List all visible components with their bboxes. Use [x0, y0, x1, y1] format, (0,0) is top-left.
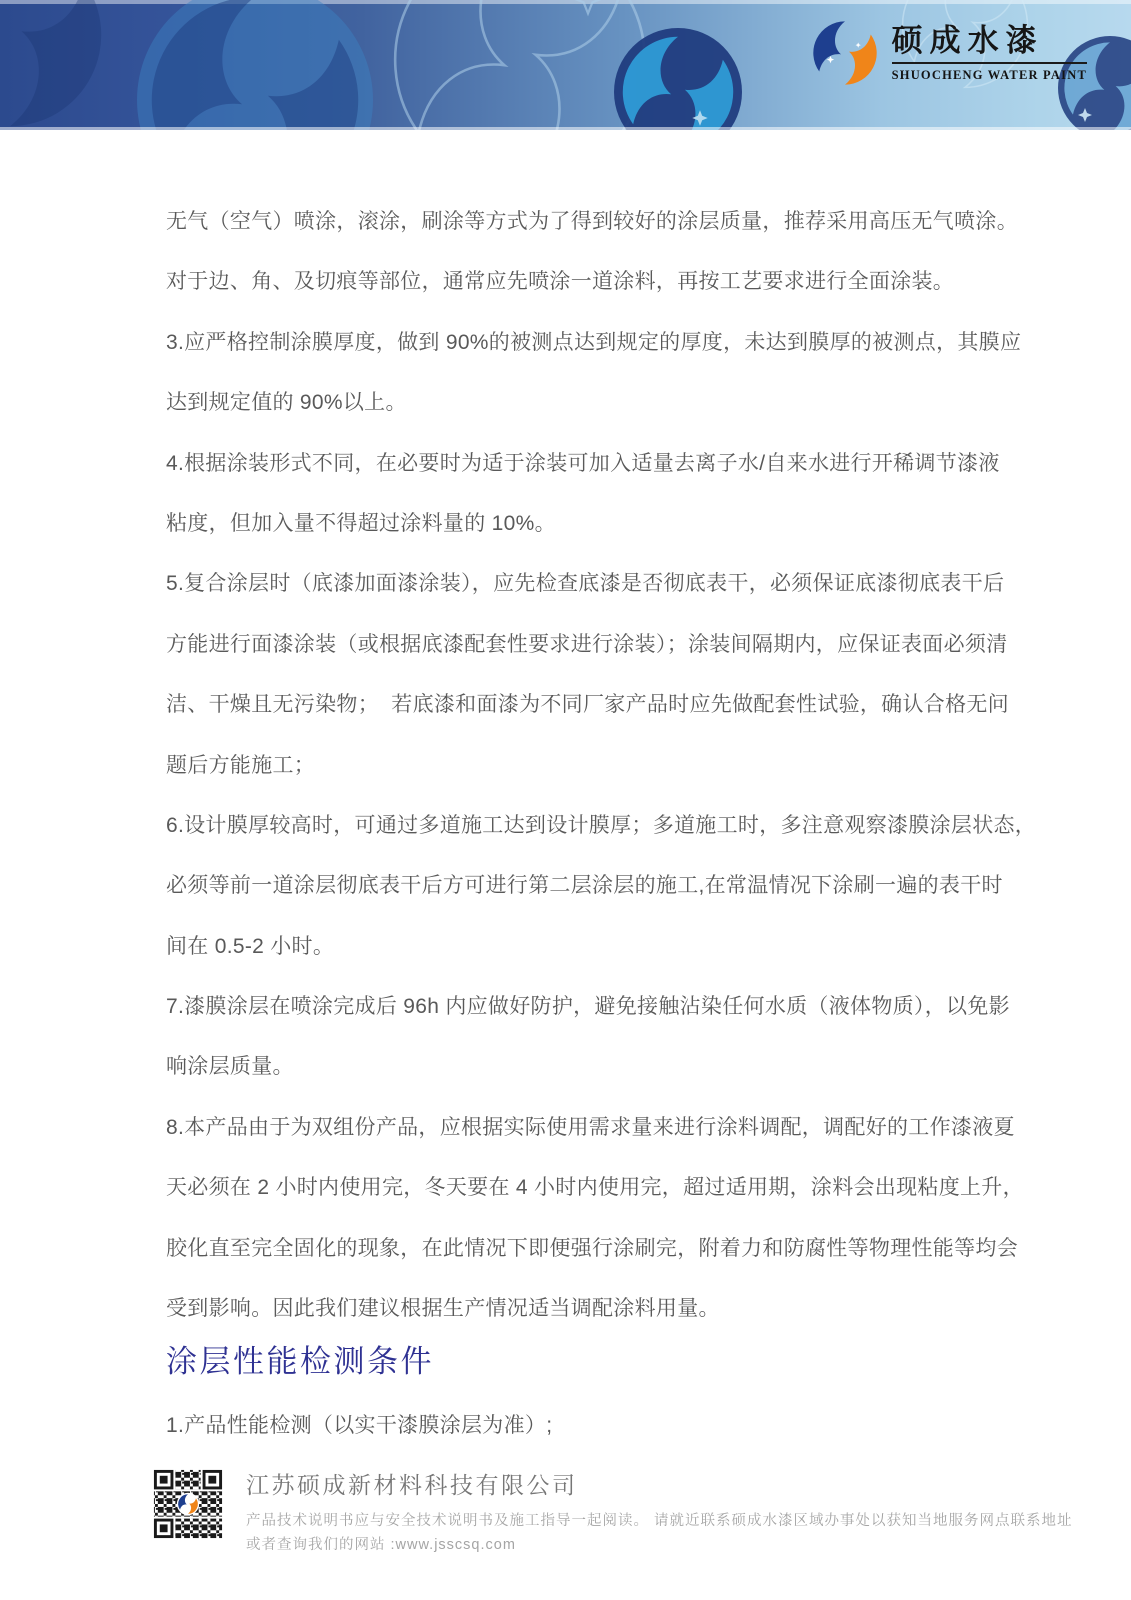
- text-line: 受到影响。因此我们建议根据生产情况适当调配涂料用量。: [166, 1279, 968, 1339]
- brand-name-cn: 硕成水漆: [892, 23, 1087, 59]
- footer-note-line-2: 或者查询我们的网站 :www.jsscsq.com: [246, 1533, 1073, 1557]
- text-line: 对于边、角、及切痕等部位，通常应先喷涂一道涂料，再按工艺要求进行全面涂装。: [166, 252, 968, 312]
- text-line: 3.应严格控制涂膜厚度，做到 90%的被测点达到规定的厚度，未达到膜厚的被测点，…: [166, 313, 968, 373]
- brand-swirl-icon: [812, 20, 878, 86]
- footer-note-line-1: 产品技术说明书应与安全技术说明书及施工指导一起阅读。 请就近联系硕成水漆区域办事…: [246, 1509, 1073, 1533]
- text-line: 天必须在 2 小时内使用完，冬天要在 4 小时内使用完，超过适用期，涂料会出现粘…: [166, 1158, 968, 1218]
- text-line: 方能进行面漆涂装（或根据底漆配套性要求进行涂装）；涂装间隔期内，应保证表面必须清: [166, 615, 968, 675]
- text-line: 胶化直至完全固化的现象，在此情况下即便强行涂刷完，附着力和防腐性等物理性能等均会: [166, 1219, 968, 1279]
- text-line: 洁、干燥且无污染物； 若底漆和面漆为不同厂家产品时应先做配套性试验，确认合格无问: [166, 675, 968, 735]
- text-line: 粘度，但加入量不得超过涂料量的 10%。: [166, 494, 968, 554]
- instruction-paragraphs: 无气（空气）喷涂，滚涂，刷涂等方式为了得到较好的涂层质量，推荐采用高压无气喷涂。…: [166, 192, 968, 1339]
- text-line: 8.本产品由于为双组份产品，应根据实际使用需求量来进行涂料调配，调配好的工作漆液…: [166, 1098, 968, 1158]
- text-line: 题后方能施工；: [166, 736, 968, 796]
- text-line: 间在 0.5-2 小时。: [166, 917, 968, 977]
- page-header: 硕成水漆 SHUOCHENG WATER PAINT: [0, 0, 1131, 130]
- text-line: 响涂层质量。: [166, 1037, 968, 1097]
- company-name: 江苏硕成新材料科技有限公司: [246, 1467, 1073, 1500]
- qr-code-icon: [152, 1466, 224, 1542]
- text-line-item-1: 1.产品性能检测（以实干漆膜涂层为准）;: [166, 1411, 968, 1441]
- document-page: 硕成水漆 SHUOCHENG WATER PAINT 无气（空气）喷涂，滚涂，刷…: [0, 0, 1131, 1600]
- section-heading-coating-test-conditions: 涂层性能检测条件: [166, 1339, 968, 1397]
- text-line: 必须等前一道涂层彻底表干后方可进行第二层涂层的施工,在常温情况下涂刷一遍的表干时: [166, 856, 968, 916]
- document-body: 无气（空气）喷涂，滚涂，刷涂等方式为了得到较好的涂层质量，推荐采用高压无气喷涂。…: [166, 192, 968, 1441]
- text-line: 无气（空气）喷涂，滚涂，刷涂等方式为了得到较好的涂层质量，推荐采用高压无气喷涂。: [166, 192, 968, 252]
- brand-name-en: SHUOCHENG WATER PAINT: [892, 68, 1087, 83]
- text-line: 6.设计膜厚较高时，可通过多道施工达到设计膜厚；多道施工时，多注意观察漆膜涂层状…: [166, 796, 968, 856]
- text-line: 达到规定值的 90%以上。: [166, 373, 968, 433]
- brand-logo: 硕成水漆 SHUOCHENG WATER PAINT: [812, 20, 1087, 86]
- logo-divider-rule: [892, 62, 1087, 64]
- text-line: 5.复合涂层时（底漆加面漆涂装），应先检查底漆是否彻底表干，必须保证底漆彻底表干…: [166, 554, 968, 614]
- text-line: 7.漆膜涂层在喷涂完成后 96h 内应做好防护，避免接触沾染任何水质（液体物质）…: [166, 977, 968, 1037]
- text-line: 4.根据涂装形式不同，在必要时为适于涂装可加入适量去离子水/自来水进行开稀调节漆…: [166, 434, 968, 494]
- page-footer: 江苏硕成新材料科技有限公司 产品技术说明书应与安全技术说明书及施工指导一起阅读。…: [152, 1466, 982, 1557]
